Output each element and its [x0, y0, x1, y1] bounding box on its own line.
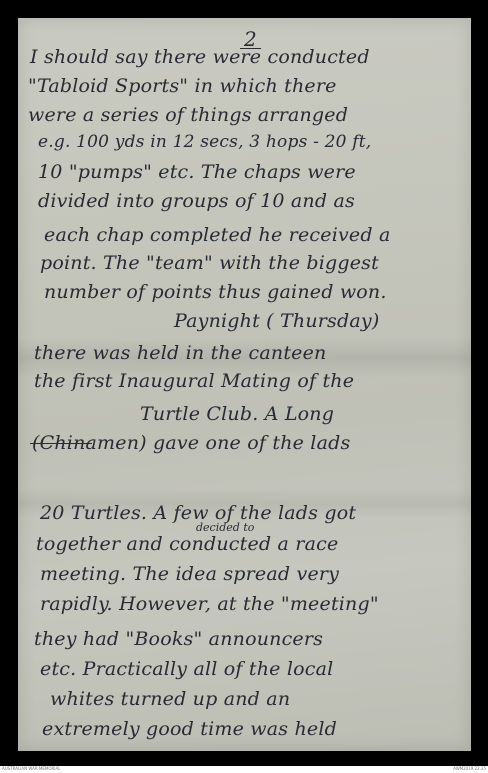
text-line: meeting. The idea spread very — [40, 563, 339, 585]
letter-page: 2 I should say there were conducted "Tab… — [18, 18, 471, 751]
institution-label: AUSTRALIAN WAR MEMORIAL — [2, 765, 60, 773]
text-line: divided into groups of 10 and as — [38, 190, 355, 212]
text-line: 10 "pumps" etc. The chaps were — [38, 161, 356, 183]
text-line: together and conducted a race — [36, 533, 338, 555]
text-line: were a series of things arranged — [28, 104, 348, 126]
accession-number: AWM2019.22.35 — [453, 765, 486, 773]
text-line: Paynight ( Thursday) — [174, 310, 379, 332]
text-line: Turtle Club. A Long — [140, 403, 334, 425]
text-line: there was held in the canteen — [34, 342, 327, 364]
text-line: they had "Books" announcers — [34, 628, 323, 650]
text-line: etc. Practically all of the local — [40, 658, 333, 680]
text-line: the first Inaugural Mating of the — [34, 370, 354, 392]
text-line: "Tabloid Sports" in which there — [28, 75, 337, 97]
text-line: rapidly. However, at the "meeting" — [40, 593, 379, 615]
text-line: extremely good time was held — [42, 718, 337, 740]
text-line: number of points thus gained won. — [44, 281, 387, 303]
text-line: I should say there were conducted — [30, 46, 370, 68]
interlinear-insertion: decided to — [196, 521, 254, 534]
text-line: each chap completed he received a — [44, 224, 390, 246]
text-line: point. The "team" with the biggest — [40, 252, 379, 274]
footer-bar: AUSTRALIAN WAR MEMORIAL AWM2019.22.35 — [0, 766, 488, 773]
text-line: whites turned up and an — [50, 688, 290, 710]
text-line: e.g. 100 yds in 12 secs, 3 hops - 20 ft, — [38, 132, 371, 152]
underline-mark — [30, 443, 92, 444]
